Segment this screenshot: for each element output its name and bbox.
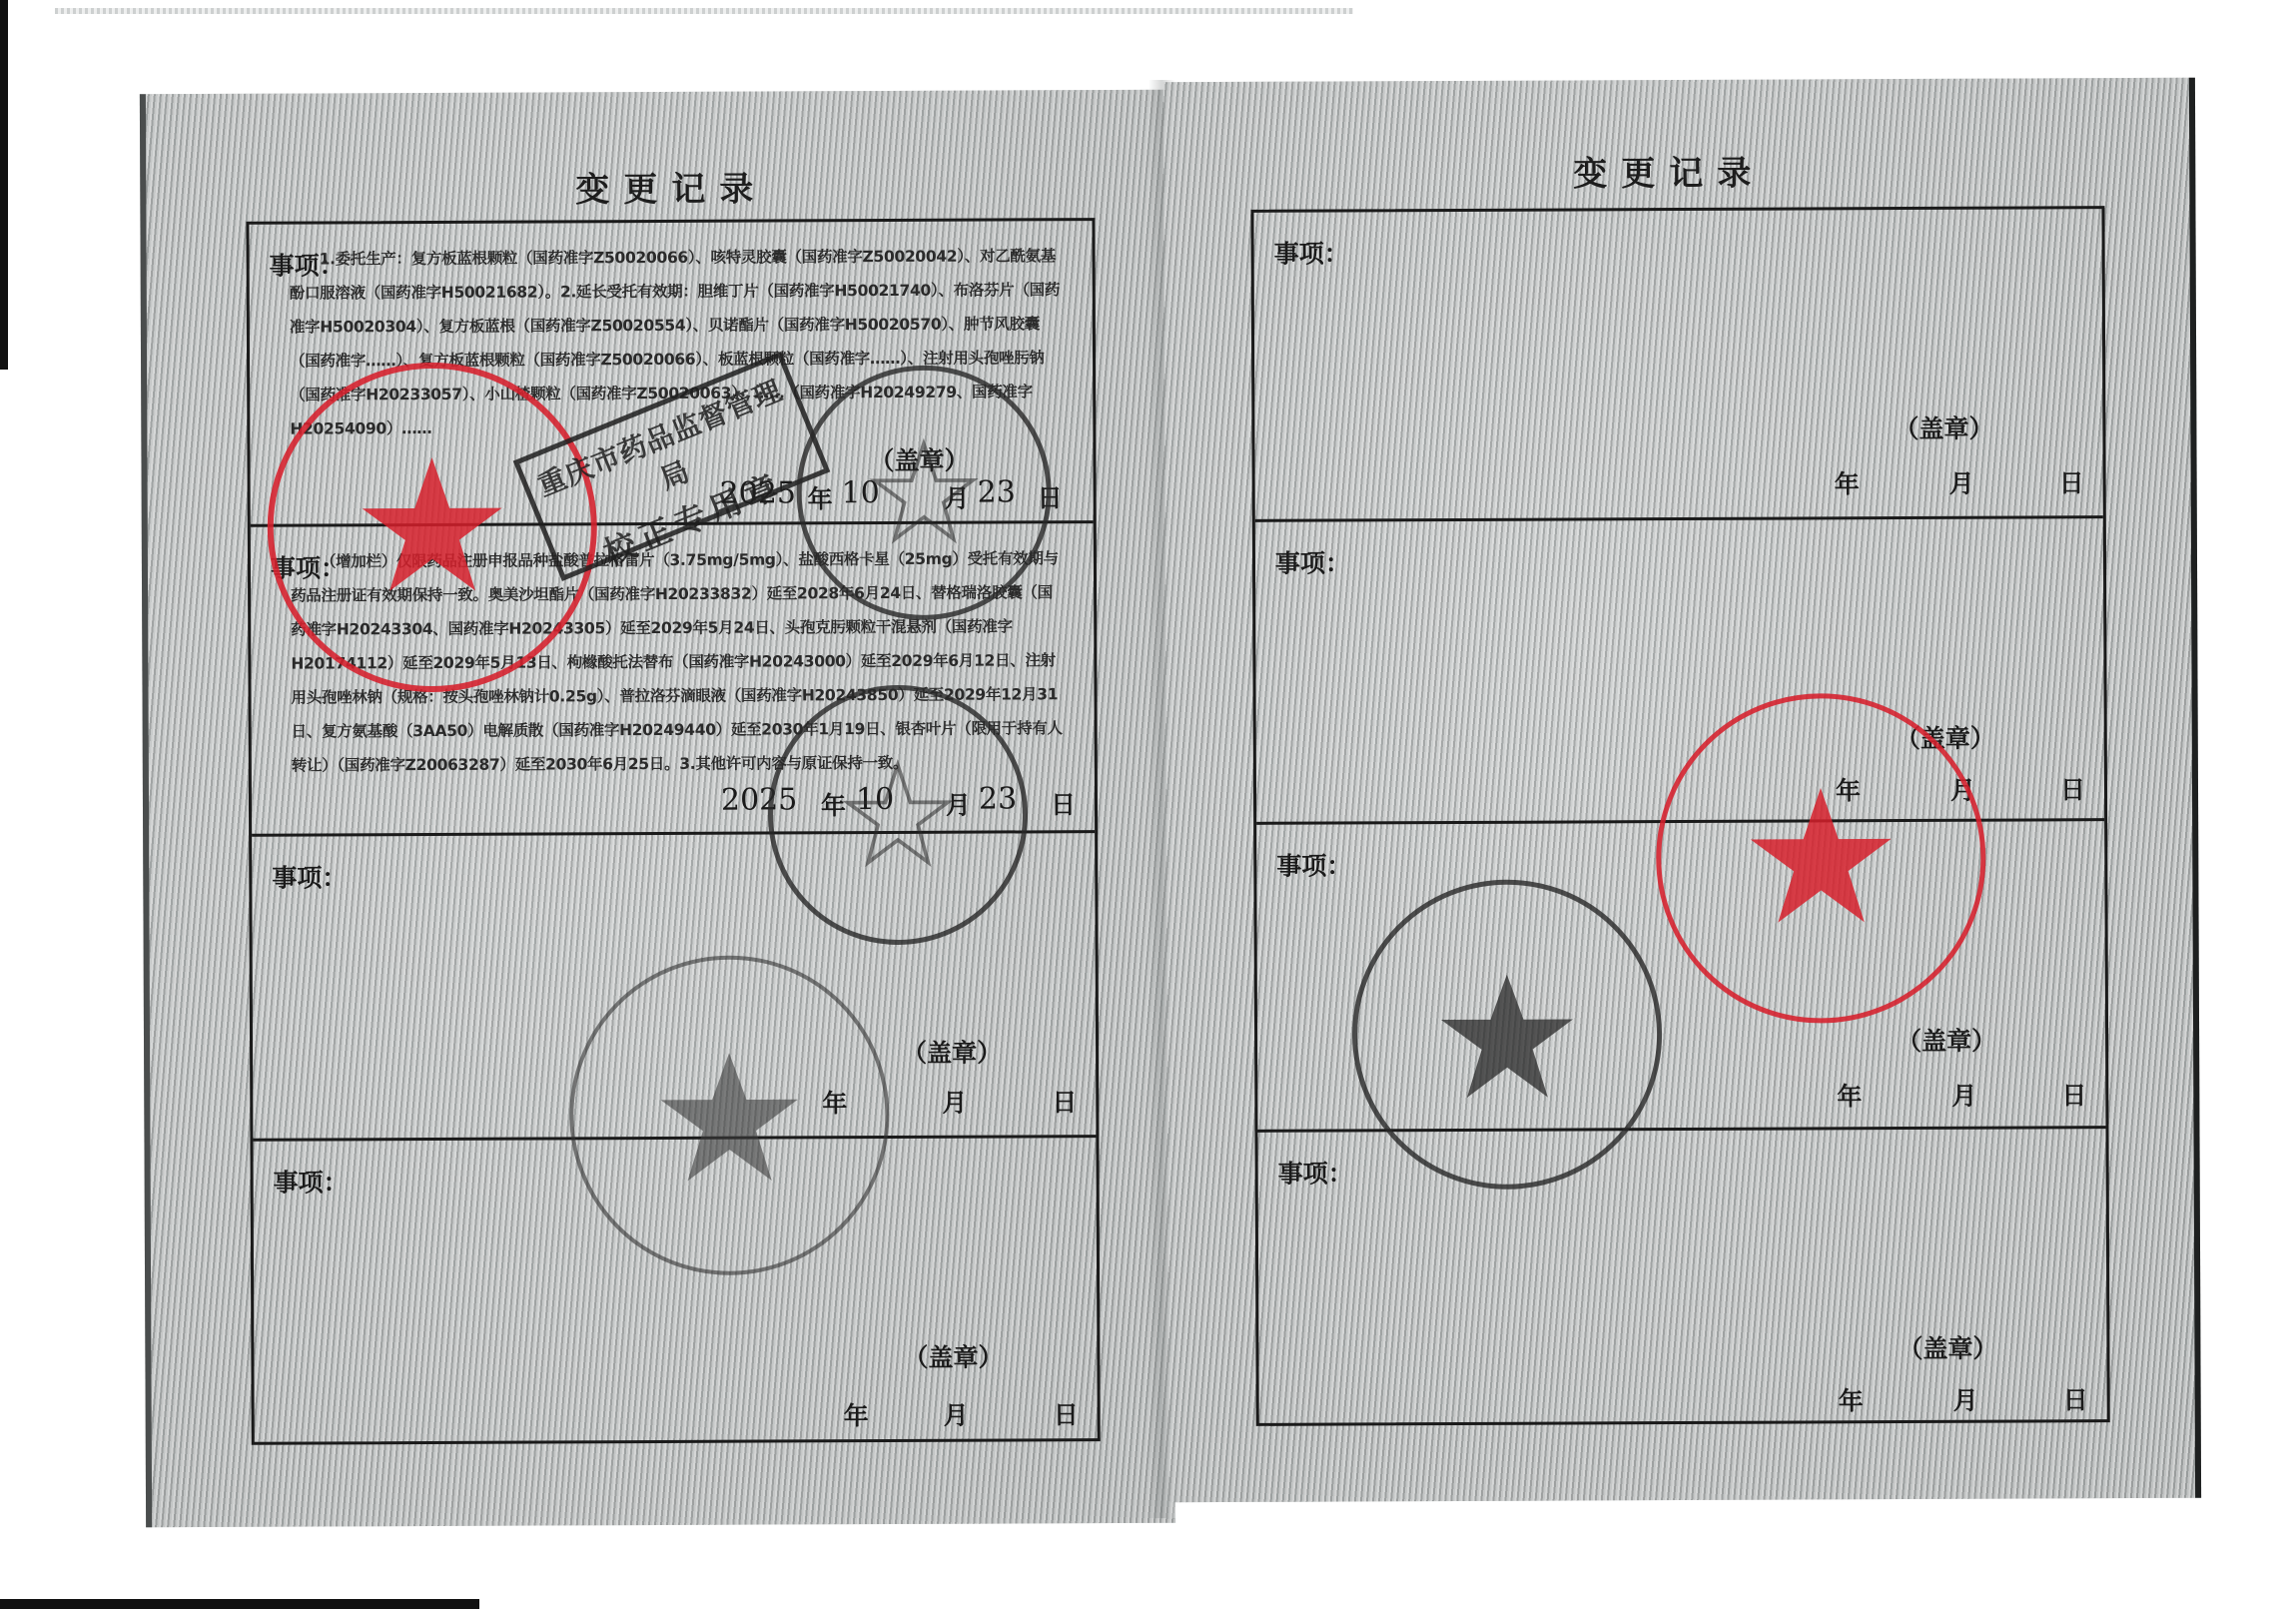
regulator-seal-1 [796,365,1052,620]
record-label: 事项： [274,1163,349,1199]
seal-label: （盖章） [1894,409,1993,445]
date-year-unit: 年 [1835,464,1860,500]
scan-edge-bottom [0,1599,479,1609]
dark-company-seal [1351,879,1662,1190]
star-icon [801,370,1047,615]
date-day-unit: 日 [1052,1083,1077,1119]
star-icon [772,689,1023,940]
seal-label: （盖章） [903,1337,1003,1373]
manufacturer-seal [569,955,890,1275]
record-label: 事项： [1274,234,1349,270]
date-year-unit: 年 [1839,1381,1864,1417]
seal-label: （盖章） [1897,1022,1996,1058]
right-page: 变更记录 事项： （盖章） 年 月 日 事项： （盖章） 年 月 日 事项： （… [1163,78,2201,1502]
star-icon [573,959,886,1271]
record-date: 年 月 日 [844,1395,1084,1430]
record-label: 事项： [1278,1154,1353,1190]
regulator-seal-2 [767,684,1028,945]
star-icon [1356,884,1657,1185]
date-day-unit: 日 [1051,785,1076,821]
page-title: 变更记录 [575,162,767,212]
seal-label: （盖章） [902,1033,1002,1069]
seal-label: （盖章） [1898,1329,1997,1365]
date-year-unit: 年 [844,1396,869,1432]
page-title: 变更记录 [1573,146,1765,196]
red-company-seal [1656,693,1986,1024]
date-month-unit: 月 [942,1084,967,1120]
record-date: 年 月 日 [1839,1380,2098,1415]
record-date: 年 月 日 [1835,463,2094,498]
record-label: 事项： [1276,846,1351,882]
date-month-unit: 月 [1949,464,1974,500]
date-month-unit: 月 [944,1396,969,1432]
record-row: 事项： （盖章） 年 月 日 [1253,209,2102,519]
date-day-unit: 日 [2059,463,2084,499]
scan-artifact-top [55,8,1353,14]
date-month-unit: 月 [1953,1381,1978,1417]
date-year-unit: 年 [1837,1077,1862,1113]
record-date: 年 月 日 [1837,1076,2096,1111]
date-day-unit: 日 [2060,770,2085,806]
record-label: 事项： [1275,543,1350,579]
date-day-unit: 日 [1054,1395,1079,1431]
left-page: 变更记录 事项： 1.委托生产：复方板蓝根颗粒（国药准字Z50020066）、咳… [140,90,1175,1527]
date-day-unit: 日 [2063,1380,2088,1416]
date-month-unit: 月 [1951,1077,1976,1113]
star-icon [1661,698,1981,1019]
date-day-unit: 日 [2061,1076,2086,1112]
record-label: 事项： [272,858,347,894]
scan-edge-left [0,0,8,370]
